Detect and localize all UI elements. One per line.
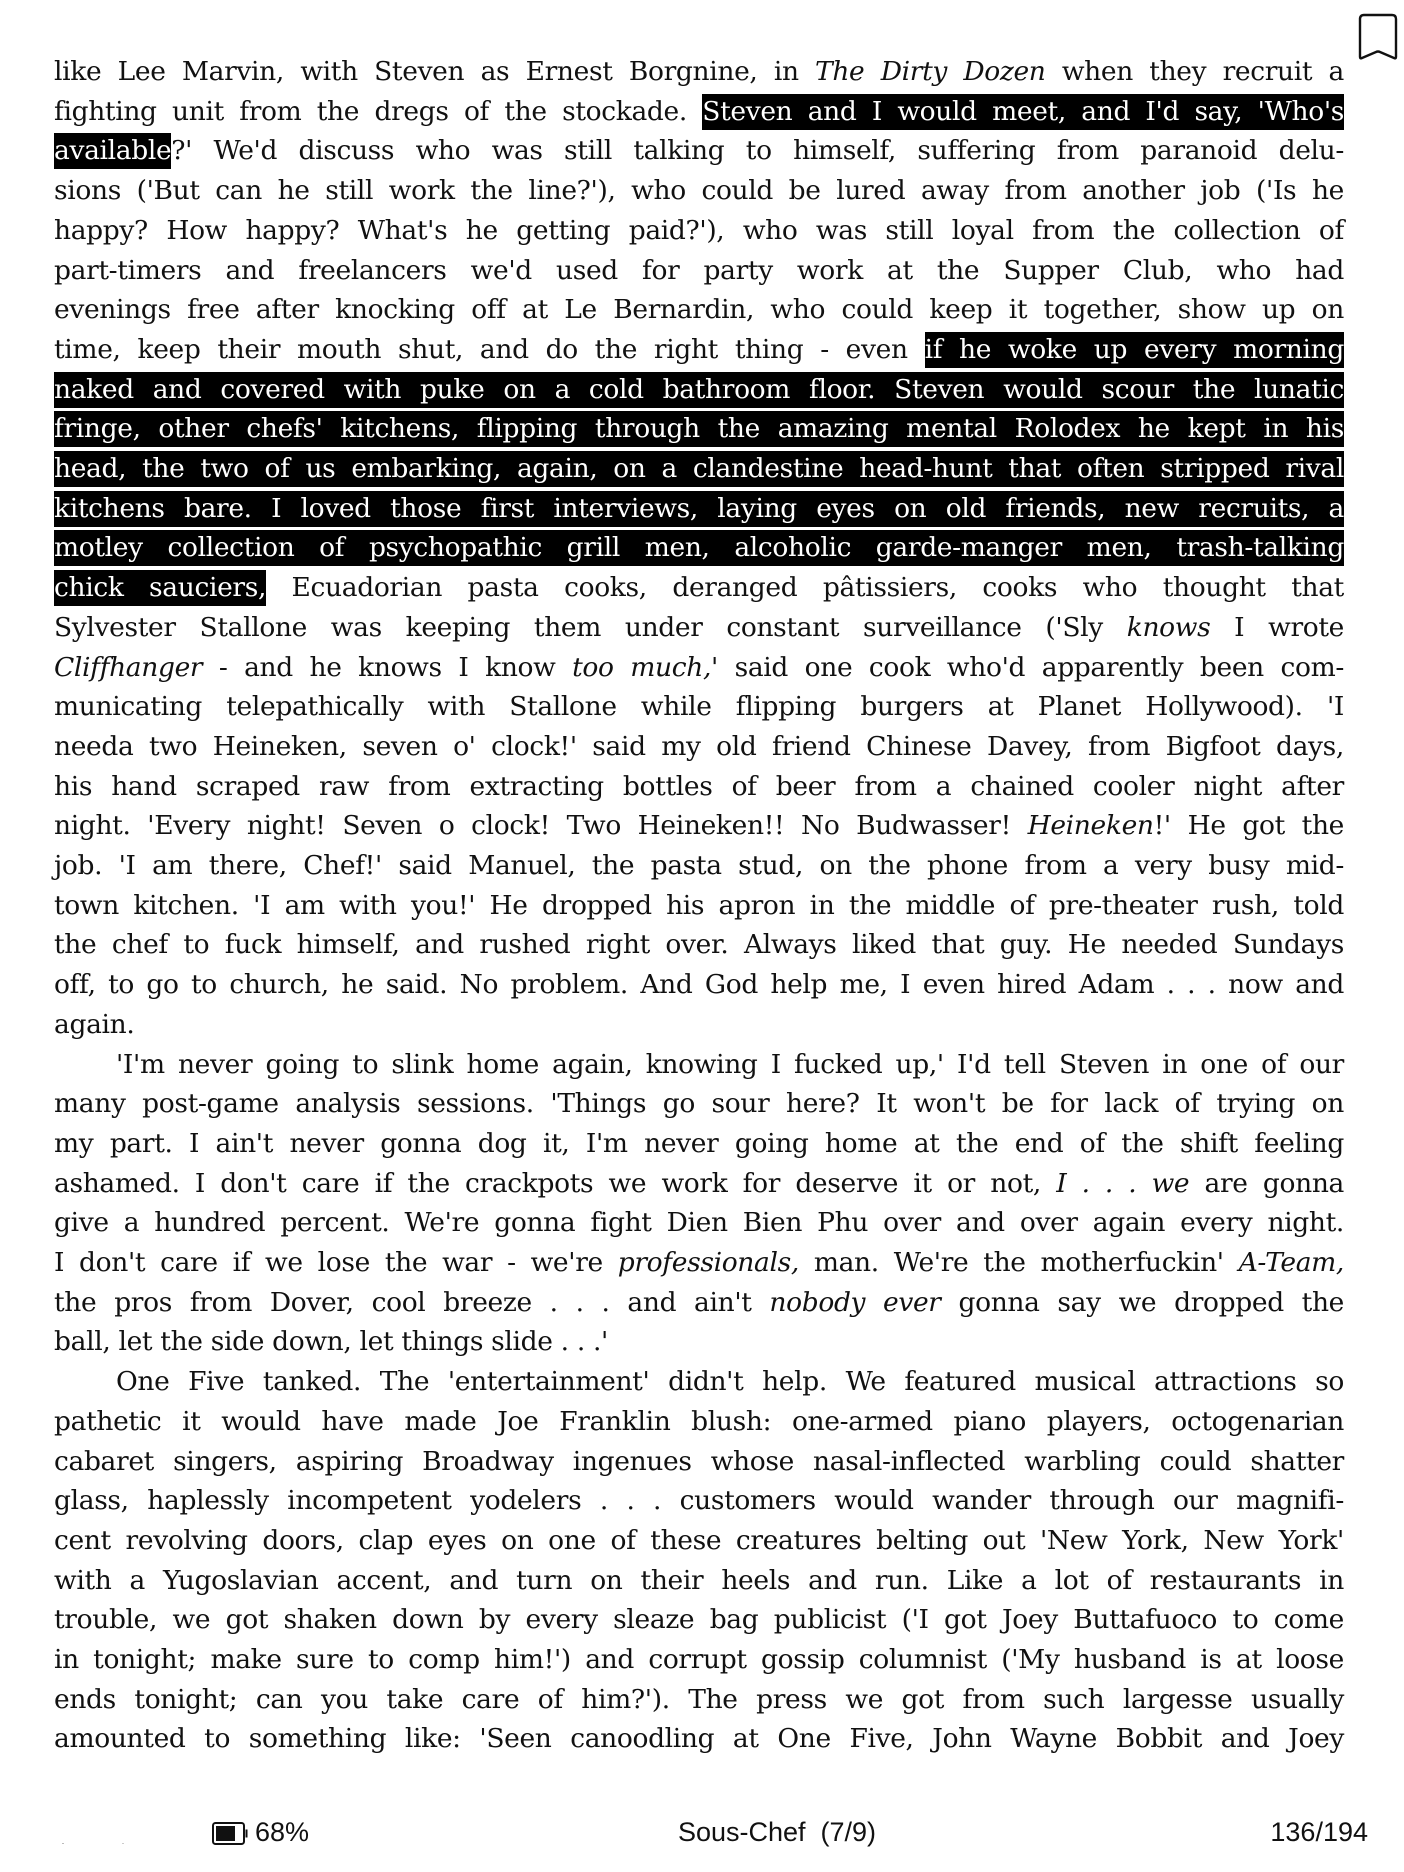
text-run: !' He got the [1154,810,1344,841]
text-line[interactable]: again. [54,1005,1344,1045]
italic-text: knows [1127,612,1211,643]
text-run: gonna say we dropped the [941,1287,1344,1318]
highlighted-text[interactable]: motley collection of psychopathic grill … [54,530,1344,566]
text-line[interactable]: cabaret singers, aspiring Broadway ingen… [54,1442,1344,1482]
text-run: again. [54,1009,134,1040]
highlighted-text[interactable]: head, the two of us embarking, again, on… [54,451,1344,487]
text-run: my part. I ain't never gonna dog it, I'm… [54,1128,1344,1159]
text-run: ends tonight; can you take care of him?'… [54,1684,1344,1715]
text-line[interactable]: ends tonight; can you take care of him?'… [54,1680,1344,1720]
text-run: ball, let the side down, let things slid… [54,1326,608,1357]
text-line[interactable]: like Lee Marvin, with Steven as Ernest B… [54,52,1344,92]
text-run: trouble, we got shaken down by every sle… [54,1604,1344,1635]
text-line[interactable]: time, keep their mouth shut, and do the … [54,330,1344,370]
text-line[interactable]: 'I'm never going to slink home again, kn… [54,1045,1344,1085]
text-line[interactable]: One Five tanked. The 'entertainment' did… [54,1362,1344,1402]
text-run: the pros from Dover, cool breeze . . . a… [54,1287,769,1318]
text-line[interactable]: off, to go to church, he said. No proble… [54,965,1344,1005]
bookmark-icon[interactable] [1358,13,1398,61]
chapter-title[interactable]: Sous-Chef (7/9) [0,1817,1404,1848]
text-run: Ecuadorian pasta cooks, deranged pâtissi… [266,572,1344,603]
text-run: evenings free after knocking off at Le B… [54,294,1344,325]
text-line[interactable]: trouble, we got shaken down by every sle… [54,1600,1344,1640]
italic-text: professionals, [618,1247,799,1278]
highlighted-text[interactable]: available [54,133,171,169]
italic-text: I . . . we [1056,1168,1189,1199]
text-line[interactable]: available?' We'd discuss who was still t… [54,131,1344,171]
text-line[interactable]: amounted to something like: 'Seen canood… [54,1719,1344,1759]
text-run: his hand scraped raw from extracting bot… [54,771,1344,802]
text-line[interactable]: pathetic it would have made Joe Franklin… [54,1402,1344,1442]
text-run: part-timers and freelancers we'd used fo… [54,255,1344,286]
ereader-page[interactable]: like Lee Marvin, with Steven as Ernest B… [0,0,1404,1872]
text-line[interactable]: the pros from Dover, cool breeze . . . a… [54,1283,1344,1323]
chapter-label[interactable]: Sous-Chef (7/9) [678,1817,876,1848]
text-line[interactable]: naked and covered with puke on a cold ba… [54,370,1344,410]
text-line[interactable]: town kitchen. 'I am with you!' He droppe… [54,886,1344,926]
text-line[interactable]: give a hundred percent. We're gonna figh… [54,1203,1344,1243]
text-line[interactable]: fighting unit from the dregs of the stoc… [54,92,1344,132]
text-line[interactable]: I don't care if we lose the war - we're … [54,1243,1344,1283]
text-run: sions ('But can he still work the line?'… [54,175,1344,206]
text-run: the chef to fuck himself, and rushed rig… [54,929,1344,960]
text-run: time, keep their mouth shut, and do the … [54,334,925,365]
text-run: glass, haplessly incompetent yodelers . … [54,1485,1344,1516]
highlighted-text[interactable]: Steven and I would meet, and I'd say, 'W… [702,94,1344,130]
highlighted-text[interactable]: chick sauciers, [54,570,266,606]
text-run: in tonight; make sure to comp him!') and… [54,1644,1344,1675]
italic-text: Heineken [1028,810,1154,841]
italic-text: nobody ever [769,1287,940,1318]
text-run: man. We're the motherfuckin' [799,1247,1239,1278]
text-run: with a Yugoslavian accent, and turn on t… [54,1565,1344,1596]
text-line[interactable]: kitchens bare. I loved those first inter… [54,489,1344,529]
text-line[interactable]: in tonight; make sure to comp him!') and… [54,1640,1344,1680]
text-run: One Five tanked. The 'entertainment' did… [116,1366,1344,1397]
highlighted-text[interactable]: if he woke up every morning [925,332,1344,368]
text-line[interactable]: my part. I ain't never gonna dog it, I'm… [54,1124,1344,1164]
text-line[interactable]: evenings free after knocking off at Le B… [54,290,1344,330]
text-run: fighting unit from the dregs of the stoc… [54,96,702,127]
text-run: pathetic it would have made Joe Franklin… [54,1406,1344,1437]
text-run: Sylvester Stallone was keeping them unde… [54,612,1127,643]
text-run: I don't care if we lose the war - we're [54,1247,618,1278]
text-run: municating telepathically with Stallone … [54,691,1344,722]
text-line[interactable]: Sylvester Stallone was keeping them unde… [54,608,1344,648]
text-run: are gonna [1189,1168,1344,1199]
text-run: amounted to something like: 'Seen canood… [54,1723,1344,1754]
text-run: said one cook who'd apparently been com- [718,652,1344,683]
text-line[interactable]: his hand scraped raw from extracting bot… [54,767,1344,807]
highlighted-text[interactable]: fringe, other chefs' kitchens, flipping … [54,411,1344,447]
text-line[interactable]: with a Yugoslavian accent, and turn on t… [54,1561,1344,1601]
text-run: - and he knows I know [202,652,572,683]
italic-text: A-Team, [1239,1247,1344,1278]
text-line[interactable]: cent revolving doors, clap eyes on one o… [54,1521,1344,1561]
text-line[interactable]: glass, haplessly incompetent yodelers . … [54,1481,1344,1521]
highlighted-text[interactable]: kitchens bare. I loved those first inter… [54,491,1344,527]
text-run: job. 'I am there, Chef!' said Manuel, th… [54,850,1344,881]
text-line[interactable]: sions ('But can he still work the line?'… [54,171,1344,211]
text-line[interactable]: the chef to fuck himself, and rushed rig… [54,925,1344,965]
text-run: happy? How happy? What's he getting paid… [54,215,1344,246]
text-run: night. 'Every night! Seven o clock! Two … [54,810,1028,841]
text-run: cabaret singers, aspiring Broadway ingen… [54,1446,1344,1477]
status-bar: 68% Sous-Chef (7/9) 136/194 [0,1812,1404,1856]
text-line[interactable]: part-timers and freelancers we'd used fo… [54,251,1344,291]
text-run: many post-game analysis sessions. 'Thing… [54,1088,1344,1119]
text-run: needa two Heineken, seven o' clock!' sai… [54,731,1344,762]
text-line[interactable]: ball, let the side down, let things slid… [54,1322,1344,1362]
text-line[interactable]: fringe, other chefs' kitchens, flipping … [54,409,1344,449]
text-run: town kitchen. 'I am with you!' He droppe… [54,890,1344,921]
text-line[interactable]: motley collection of psychopathic grill … [54,528,1344,568]
text-line[interactable]: job. 'I am there, Chef!' said Manuel, th… [54,846,1344,886]
text-run: 'I'm never going to slink home again, kn… [116,1049,1344,1080]
text-run: off, to go to church, he said. No proble… [54,969,1344,1000]
text-line[interactable]: night. 'Every night! Seven o clock! Two … [54,806,1344,846]
text-run: ?' We'd discuss who was still talking to… [171,135,1344,166]
highlighted-text[interactable]: naked and covered with puke on a cold ba… [54,372,1344,408]
text-run: when they recruit a [1046,56,1344,87]
text-run: ashamed. I don't care if the crackpots w… [54,1168,1056,1199]
text-run: I wrote [1210,612,1344,643]
text-line[interactable]: happy? How happy? What's he getting paid… [54,211,1344,251]
text-line[interactable]: ashamed. I don't care if the crackpots w… [54,1164,1344,1204]
text-run: like Lee Marvin, with Steven as Ernest B… [54,56,815,87]
italic-text: Cliffhanger [54,652,202,683]
text-line[interactable]: needa two Heineken, seven o' clock!' sai… [54,727,1344,767]
text-line[interactable]: many post-game analysis sessions. 'Thing… [54,1084,1344,1124]
italic-text: The Dirty Dozen [815,56,1045,87]
text-line[interactable]: Cliffhanger - and he knows I know too mu… [54,648,1344,688]
italic-text: too much,' [572,652,718,683]
text-line[interactable]: municating telepathically with Stallone … [54,687,1344,727]
text-line[interactable]: chick sauciers, Ecuadorian pasta cooks, … [54,568,1344,608]
text-run: cent revolving doors, clap eyes on one o… [54,1525,1344,1556]
text-line[interactable]: head, the two of us embarking, again, on… [54,449,1344,489]
text-run: give a hundred percent. We're gonna figh… [54,1207,1344,1238]
page-counter[interactable]: 136/194 [1270,1817,1368,1848]
